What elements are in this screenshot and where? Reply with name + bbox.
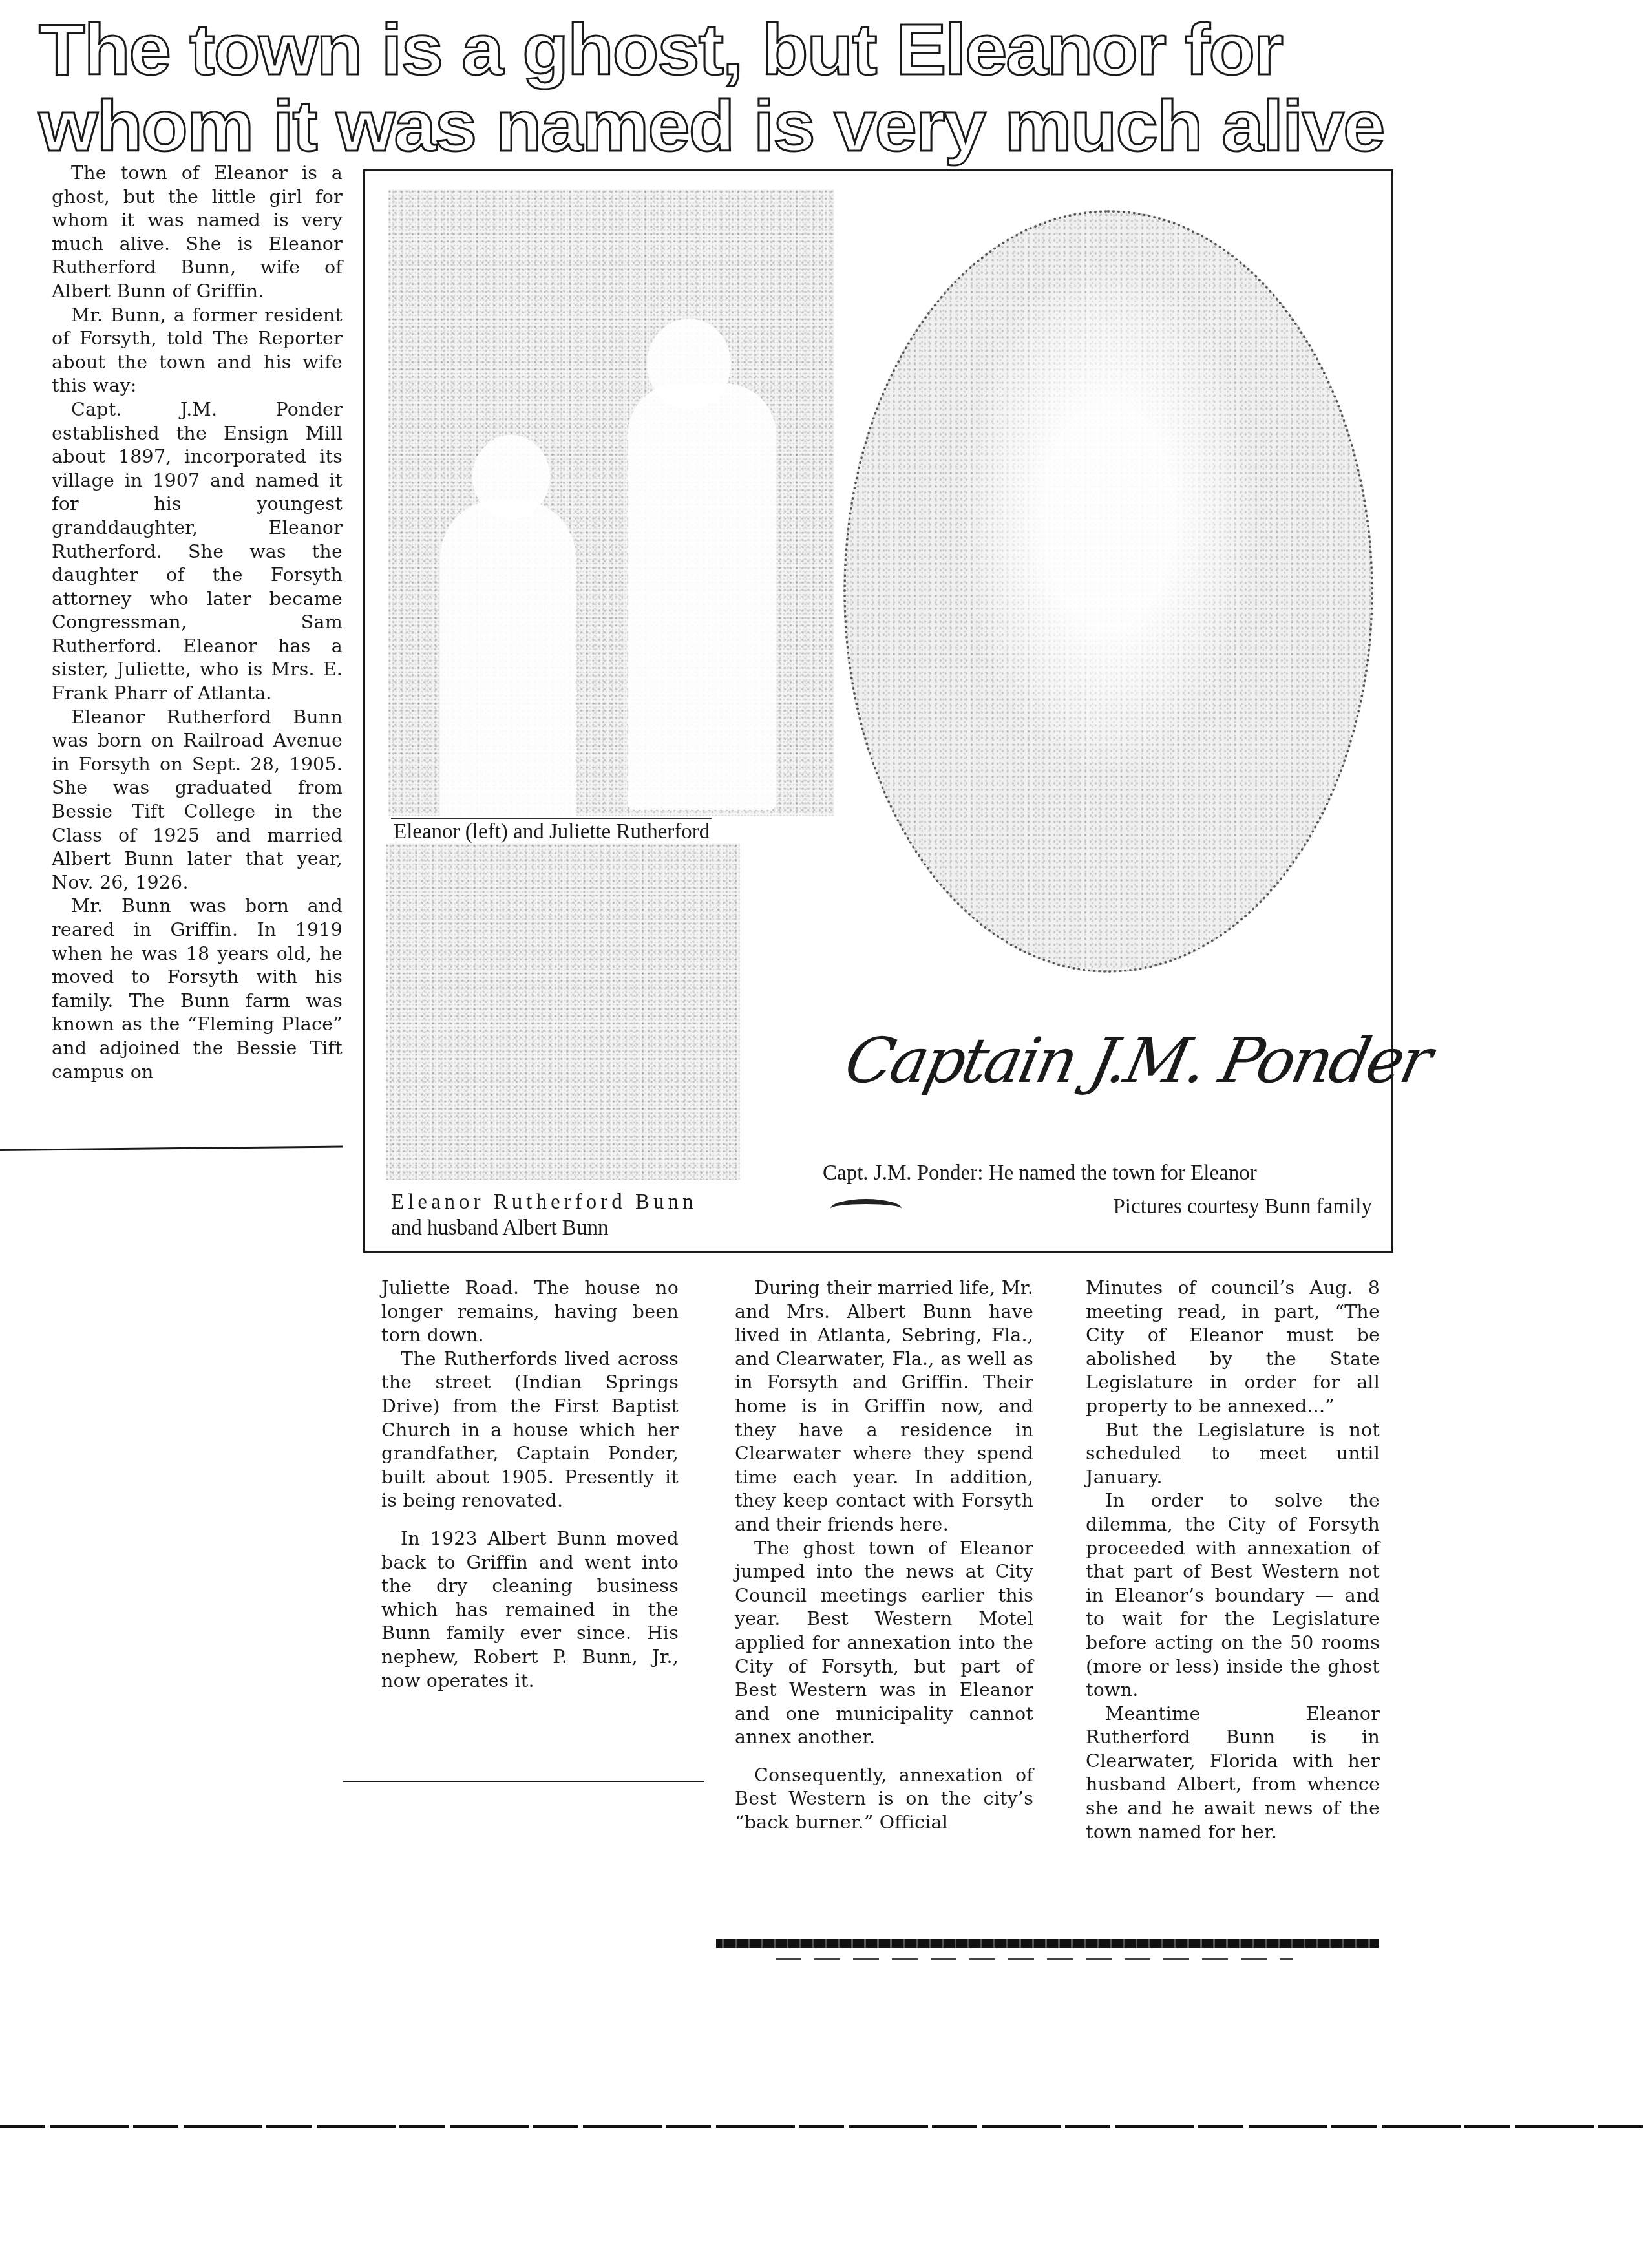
girl-figure-right-dress	[628, 383, 776, 810]
page-edge-rule	[0, 2125, 1648, 2128]
clipping-edge	[776, 1958, 1293, 1960]
article-column-left: The town of Eleanor is a ghost, but the …	[52, 162, 343, 1084]
paragraph: But the Legislature is not scheduled to …	[1086, 1419, 1380, 1490]
photo-eleanor-and-juliette	[388, 189, 834, 816]
paragraph: The town of Eleanor is a ghost, but the …	[52, 162, 343, 304]
paragraph: Eleanor Rutherford Bunn was born on Rail…	[52, 706, 343, 895]
caption-couple-line-1: Eleanor Rutherford Bunn	[391, 1189, 697, 1215]
paragraph: Mr. Bunn, a former resident of Forsyth, …	[52, 304, 343, 398]
paragraph: Mr. Bunn was born and reared in Griffin.…	[52, 895, 343, 1084]
paragraph: Minutes of council’s Aug. 8 meeting read…	[1086, 1277, 1380, 1419]
paragraph: During their married life, Mr. and Mrs. …	[735, 1277, 1033, 1537]
signature-ponder: Captain J.M. Ponder	[839, 1024, 1436, 1097]
paragraph: In 1923 Albert Bunn moved back to Griffi…	[381, 1527, 679, 1693]
article-column-bottom-3: Minutes of council’s Aug. 8 meeting read…	[1086, 1277, 1380, 1844]
column-rule	[343, 1781, 704, 1782]
caption-girls: Eleanor (left) and Juliette Rutherford	[391, 818, 712, 846]
paragraph: In order to solve the dilemma, the City …	[1086, 1489, 1380, 1702]
headline: The town is a ghost, but Eleanor for who…	[39, 12, 1498, 164]
caption-couple: Eleanor Rutherford Bunn and husband Albe…	[391, 1189, 697, 1241]
paragraph: Capt. J.M. Ponder established the Ensign…	[52, 398, 343, 706]
caption-couple-line-2: and husband Albert Bunn	[391, 1215, 697, 1241]
paragraph: The Rutherfords lived across the street …	[381, 1348, 679, 1513]
headline-line-1: The town is a ghost, but Eleanor for	[39, 12, 1498, 88]
photo-credit: Pictures courtesy Bunn family	[1113, 1194, 1372, 1220]
paragraph: Juliette Road. The house no longer remai…	[381, 1277, 679, 1348]
paragraph: Meantime Eleanor Rutherford Bunn is in C…	[1086, 1702, 1380, 1845]
photo-frame: Eleanor (left) and Juliette Rutherford E…	[363, 169, 1393, 1253]
paragraph: Consequently, annexation of Best Western…	[735, 1764, 1033, 1835]
column-rule	[0, 1145, 343, 1151]
photo-eleanor-and-albert-bunn	[386, 843, 740, 1180]
article-end-rule	[716, 1939, 1379, 1948]
article-column-bottom-1: Juliette Road. The house no longer remai…	[381, 1277, 679, 1693]
article-column-bottom-2: During their married life, Mr. and Mrs. …	[735, 1277, 1033, 1835]
headline-line-2: whom it was named is very much alive	[39, 88, 1498, 164]
caption-ponder: Capt. J.M. Ponder: He named the town for…	[823, 1160, 1257, 1186]
girl-figure-left-dress	[440, 500, 576, 836]
portrait-captain-ponder	[843, 210, 1373, 973]
paragraph: The ghost town of Eleanor jumped into th…	[735, 1537, 1033, 1750]
ink-mark	[830, 1199, 902, 1218]
